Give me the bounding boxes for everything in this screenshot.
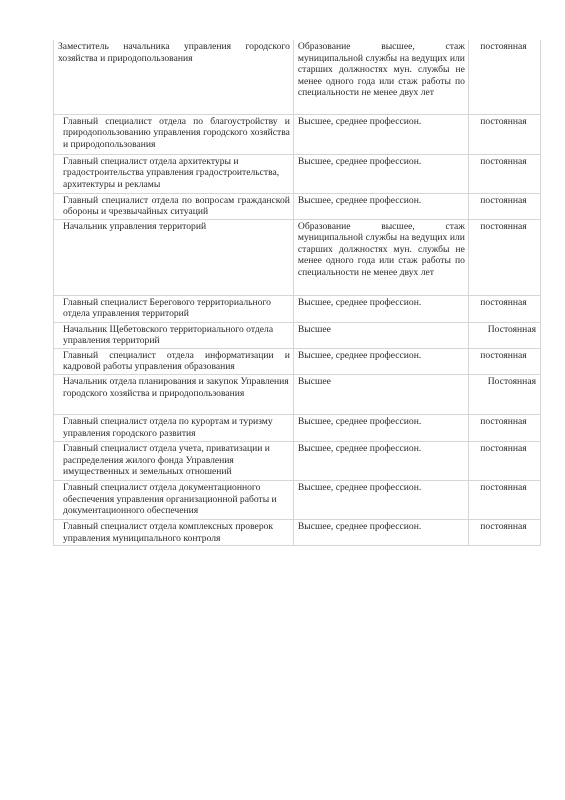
position-cell: Главный специалист отдела по благоустрой… [54, 114, 294, 154]
table-row: Главный специалист Берегового территориа… [54, 295, 541, 322]
term-cell: постоянная [468, 415, 540, 442]
requirements-cell: Образование высшее, стаж муниципальной с… [293, 40, 468, 114]
term-cell: постоянная [468, 193, 540, 219]
term-cell: постоянная [468, 520, 540, 546]
table-row: Начальник управления территорий Образова… [54, 219, 541, 295]
term-cell: постоянная [468, 348, 540, 374]
position-cell: Начальник отдела планирования и закупок … [54, 375, 294, 415]
requirements-cell: Высшее, среднее профессион. [293, 415, 468, 442]
table-row: Начальник отдела планирования и закупок … [54, 375, 541, 415]
requirements-cell: Высшее [293, 322, 468, 348]
term-cell: постоянная [468, 114, 540, 154]
term-cell: Постоянная [468, 375, 540, 415]
requirements-cell: Высшее, среднее профессион. [293, 442, 468, 481]
table-row: Главный специалист отдела учета, привати… [54, 442, 541, 481]
term-cell: постоянная [468, 481, 540, 520]
requirements-cell: Высшее, среднее профессион. [293, 295, 468, 322]
position-cell: Начальник Щебетовского территориального … [54, 322, 294, 348]
table-row: Главный специалист отдела по вопросам гр… [54, 193, 541, 219]
term-cell: постоянная [468, 219, 540, 295]
position-cell: Главный специалист Берегового территориа… [54, 295, 294, 322]
table-row: Начальник Щебетовского территориального … [54, 322, 541, 348]
vacancies-table: Заместитель начальника управления городс… [53, 40, 541, 546]
requirements-cell: Высшее, среднее профессион. [293, 520, 468, 546]
requirements-cell: Высшее, среднее профессион. [293, 193, 468, 219]
position-cell: Главный специалист отдела по вопросам гр… [54, 193, 294, 219]
term-cell: постоянная [468, 154, 540, 193]
position-cell: Главный специалист отдела архитектуры и … [54, 154, 294, 193]
requirements-cell: Высшее, среднее профессион. [293, 348, 468, 374]
table-row: Главный специалист отдела документационн… [54, 481, 541, 520]
table-row: Главный специалист отдела архитектуры и … [54, 154, 541, 193]
term-cell: постоянная [468, 295, 540, 322]
term-cell: постоянная [468, 442, 540, 481]
term-cell: Постоянная [468, 322, 540, 348]
position-cell: Главный специалист отдела документационн… [54, 481, 294, 520]
position-cell: Главный специалист отдела комплексных пр… [54, 520, 294, 546]
position-cell: Главный специалист отдела по курортам и … [54, 415, 294, 442]
table-row: Главный специалист отдела по курортам и … [54, 415, 541, 442]
position-cell: Главный специалист отдела информатизации… [54, 348, 294, 374]
requirements-cell: Высшее [293, 375, 468, 415]
position-cell: Заместитель начальника управления городс… [54, 40, 294, 114]
position-cell: Главный специалист отдела учета, привати… [54, 442, 294, 481]
requirements-cell: Высшее, среднее профессион. [293, 114, 468, 154]
table-row: Заместитель начальника управления городс… [54, 40, 541, 114]
table-row: Главный специалист отдела по благоустрой… [54, 114, 541, 154]
term-cell: постоянная [468, 40, 540, 114]
table-row: Главный специалист отдела информатизации… [54, 348, 541, 374]
requirements-cell: Высшее, среднее профессион. [293, 481, 468, 520]
table-row: Главный специалист отдела комплексных пр… [54, 520, 541, 546]
requirements-cell: Высшее, среднее профессион. [293, 154, 468, 193]
position-cell: Начальник управления территорий [54, 219, 294, 295]
requirements-cell: Образование высшее, стаж муниципальной с… [293, 219, 468, 295]
